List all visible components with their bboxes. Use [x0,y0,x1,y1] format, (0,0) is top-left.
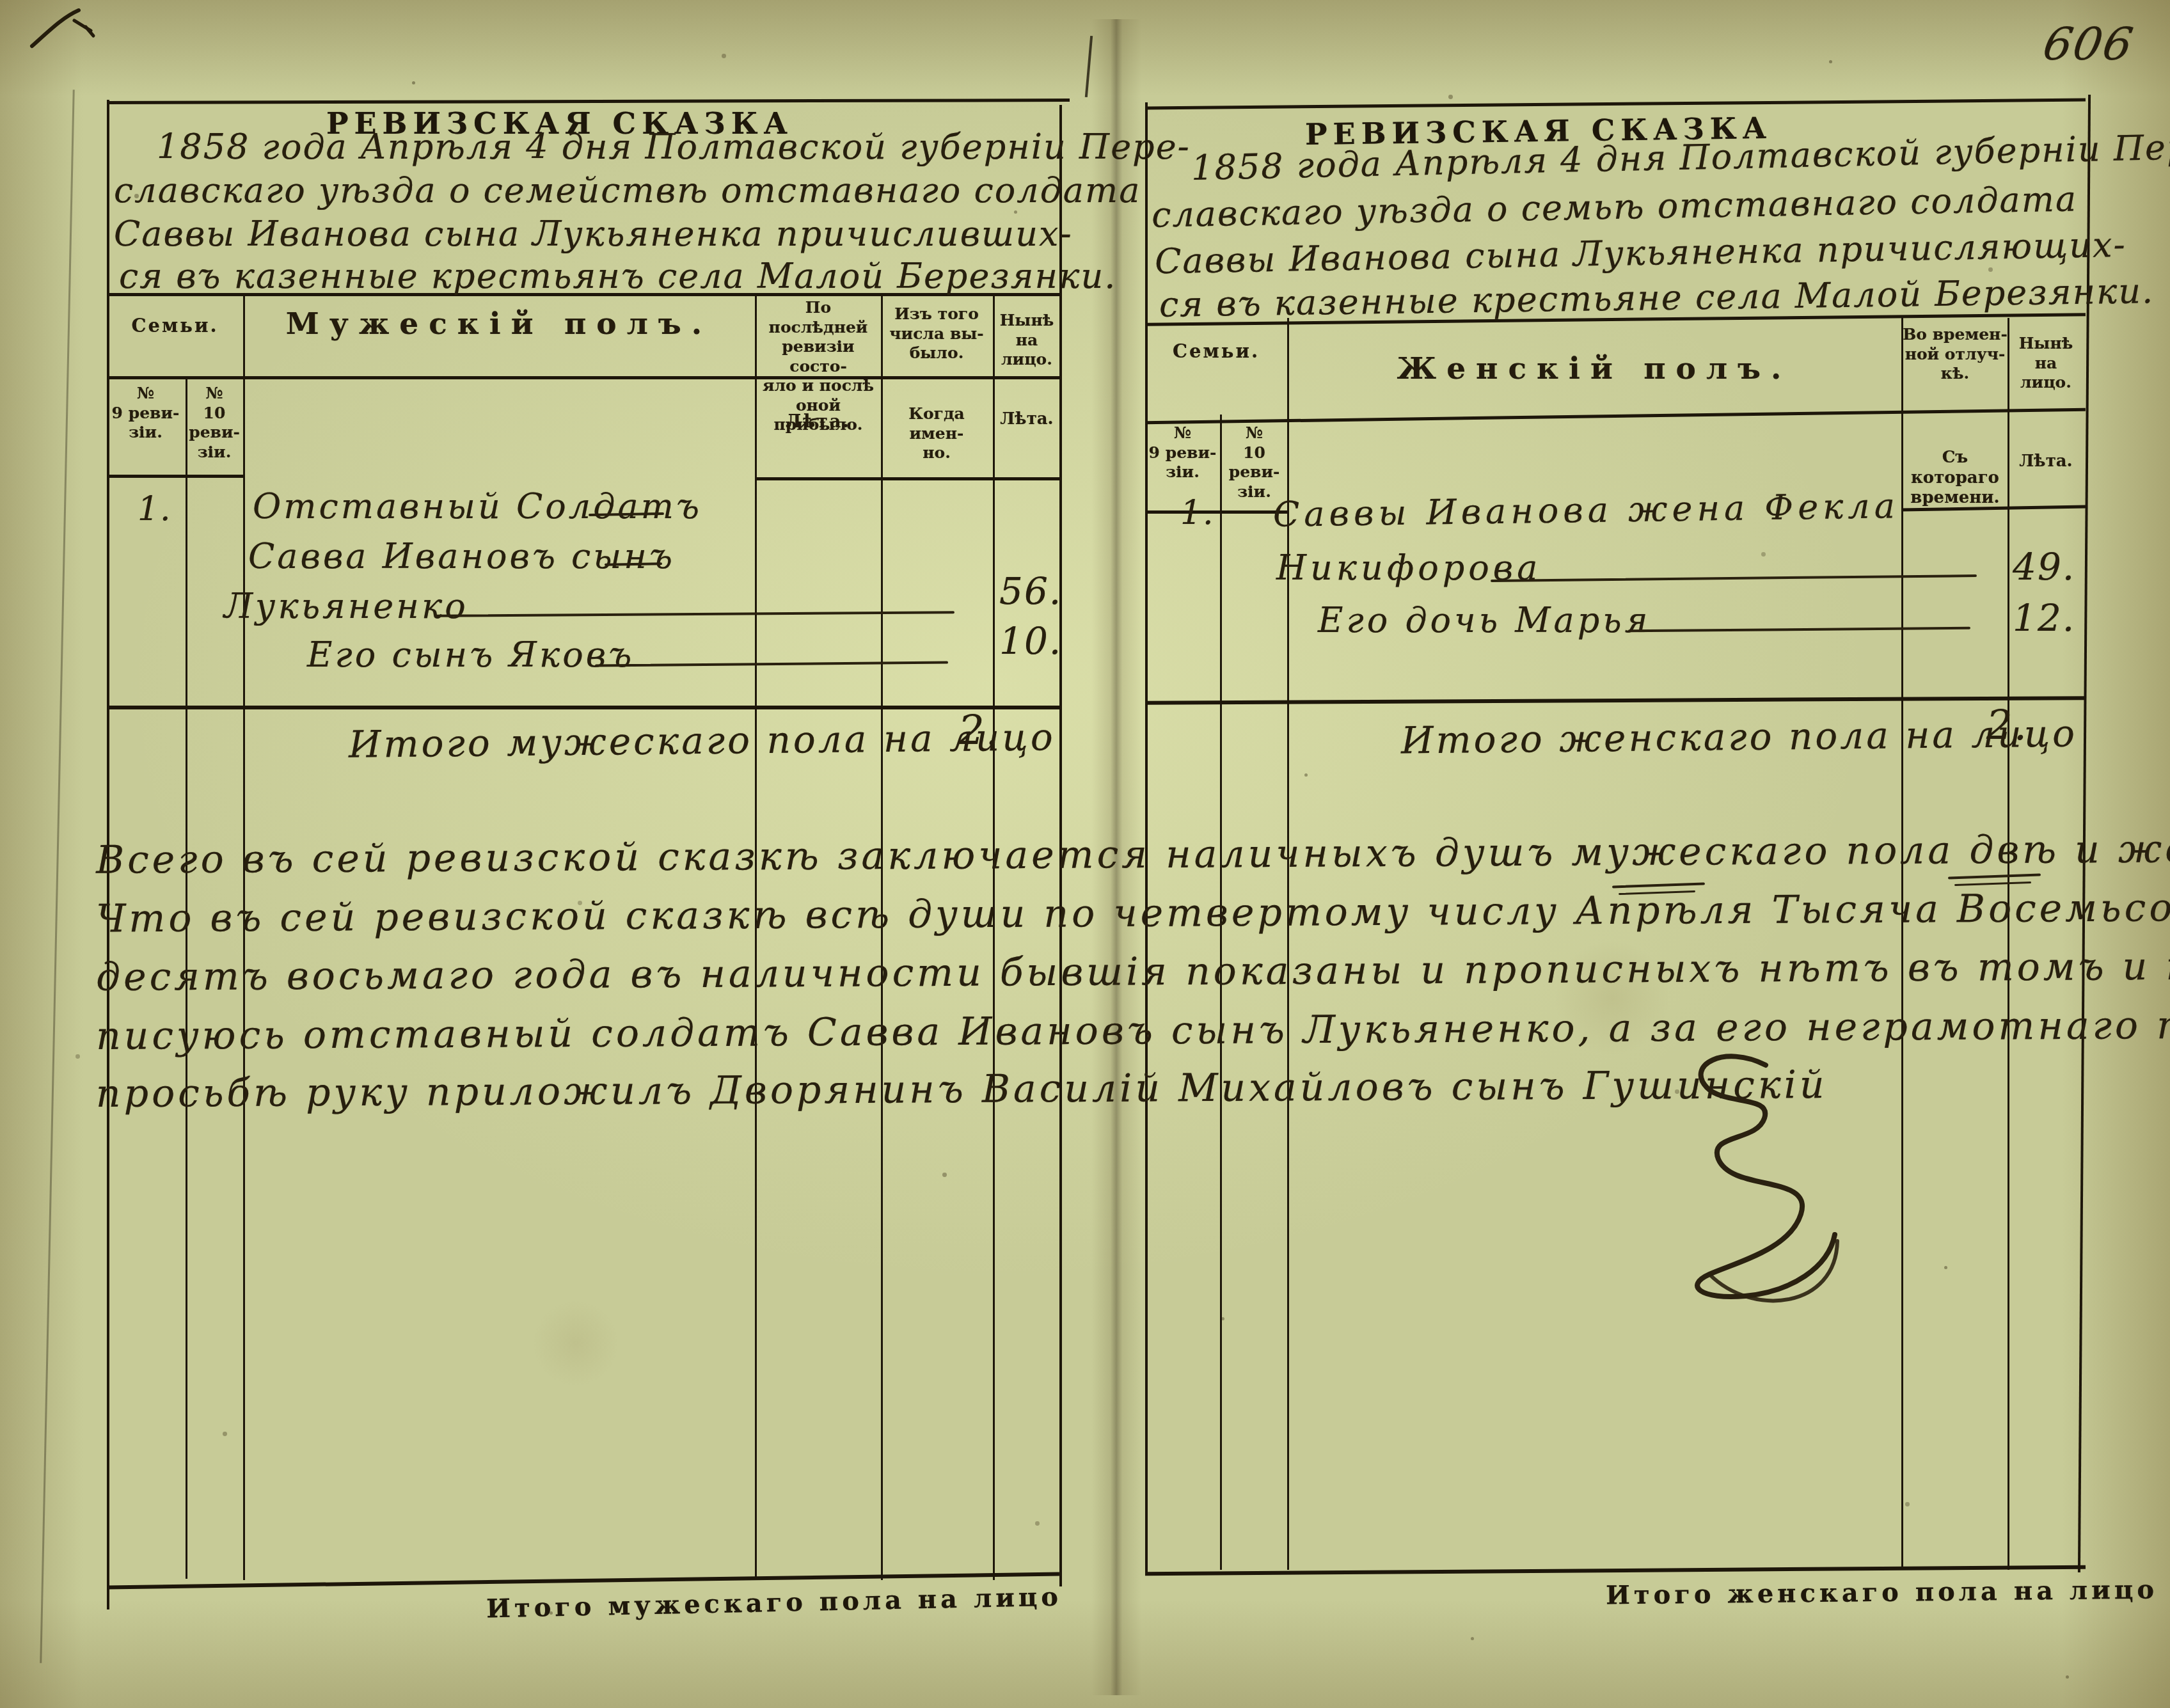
left-entry-line-3: Лукьяненко [224,586,468,626]
word-underline [1948,873,2041,879]
left-entry-line-1: Отставный Солдатъ [253,486,702,526]
right-entry-line-3: Его дочь Марья [1318,600,1651,640]
revision-list-scan: 606 РЕВИЗСКАЯ СКАЗКА 1858 года Апрѣля 4 … [0,0,2170,1708]
right-footer-label: Итого женскаго пола на лицо [1606,1574,2158,1610]
pen-mark-icon [24,1,120,59]
left-footer-label: Итого мужескаго пола на лицо [486,1582,1063,1624]
attestation-line-3: десятъ восьмаго года въ наличности бывші… [96,944,2170,1000]
left-age-subheader-bottom [755,477,1059,480]
attestation-line-2: Что въ сей ревизской сказкѣ всѣ души по … [96,885,2170,942]
entry-filler-dash [595,661,948,667]
right-col-line-present [2008,318,2009,1570]
left-entry-age-1: 56. [999,569,1062,613]
left-col-last-revision-years: Лѣта. [757,412,879,433]
left-subheader-separator [107,376,1059,379]
left-col-present-years: Лѣта. [994,409,1059,430]
right-col-family: Семьи. [1145,340,1287,363]
right-subheader-separator [1145,408,2086,425]
left-entry-line-4: Его сынъ Яковъ [307,635,634,675]
entry-filler-dash [1491,574,1977,582]
right-family-subheader-bottom [1145,510,1287,514]
right-col-rev9: № 9 реви- зіи. [1145,423,1220,482]
word-underline [1954,882,2031,886]
right-col-present-years: Лѣта. [2009,452,2083,472]
paper-speckles [0,0,2,2]
right-col-absence: Во времен- ной отлуч- кѣ. [1903,325,2008,384]
left-total-value: 2. [958,708,1000,755]
left-col-family: Семьи. [107,315,243,337]
left-header-line-4: ся въ казенные крестьянъ села Малой Бере… [119,256,1116,296]
left-header-line-3: Саввы Иванова сына Лукьяненка причисливш… [114,214,1073,254]
right-table-bottom-border [1145,1565,2086,1576]
right-col-gender: Женскій полъ. [1287,351,1901,387]
right-entry-row-bottom [1145,696,2086,705]
right-entry-age-1: 49. [2013,545,2075,589]
right-header-line-2: славскаго уѣзда о семьѣ отставнаго солда… [1152,178,2078,235]
right-entry-line-1: Саввы Иванова жена Фекла [1273,486,1900,535]
left-entry-row-bottom [107,706,1059,709]
right-entry-age-2: 12. [2013,596,2075,640]
left-header-line-1: 1858 года Апрѣля 4 дня Полтавской губерн… [157,127,1191,167]
left-col-gender: Мужескій полъ. [243,306,755,342]
left-table-top-border [107,99,1070,104]
left-family-subheader-bottom [107,475,243,478]
left-entry-family-no: 1. [138,490,172,528]
right-col-rev10: № 10 реви- зіи. [1221,423,1287,502]
right-total-value: 2. [1986,702,2028,750]
right-total-label: Итого женскаго пола на лицо [1401,711,2078,762]
left-col-present: Нынѣ на лицо. [994,311,1059,370]
page-number: 606 [2039,18,2138,70]
paper-edge-line [40,90,75,1663]
entry-filler-dash [435,611,954,617]
right-table-top-border [1145,99,2086,110]
left-total-label: Итого мужескаго пола на лицо [349,715,1056,766]
entry-filler-dash [1628,627,1970,633]
left-col-departed: Изъ того числа вы- было. [883,304,990,363]
signature-flourish [1663,1043,1874,1311]
left-entry-line-2: Савва Ивановъ сынъ [248,536,675,576]
left-entry-age-2: 10. [999,619,1062,663]
attestation-line-5: просьбѣ руку приложилъ Дворянинъ Василій… [96,1063,1828,1116]
right-entry-family-no: 1. [1180,494,1215,532]
left-col-departed-when: Когда имен- но. [883,404,990,463]
attestation-line-1: Всего въ сей ревизской сказкѣ заключаетс… [96,825,2170,882]
left-header-line-2: славскаго уѣзда о семействѣ отставнаго с… [114,170,1141,210]
right-col-present: Нынѣ на лицо. [2009,334,2083,393]
left-col-rev10: № 10 реви- зіи. [187,384,242,462]
left-col-rev9: № 9 реви- зіи. [107,384,184,443]
right-col-absence-since: Съ котораго времени. [1903,448,2008,509]
word-underline [1612,882,1705,888]
